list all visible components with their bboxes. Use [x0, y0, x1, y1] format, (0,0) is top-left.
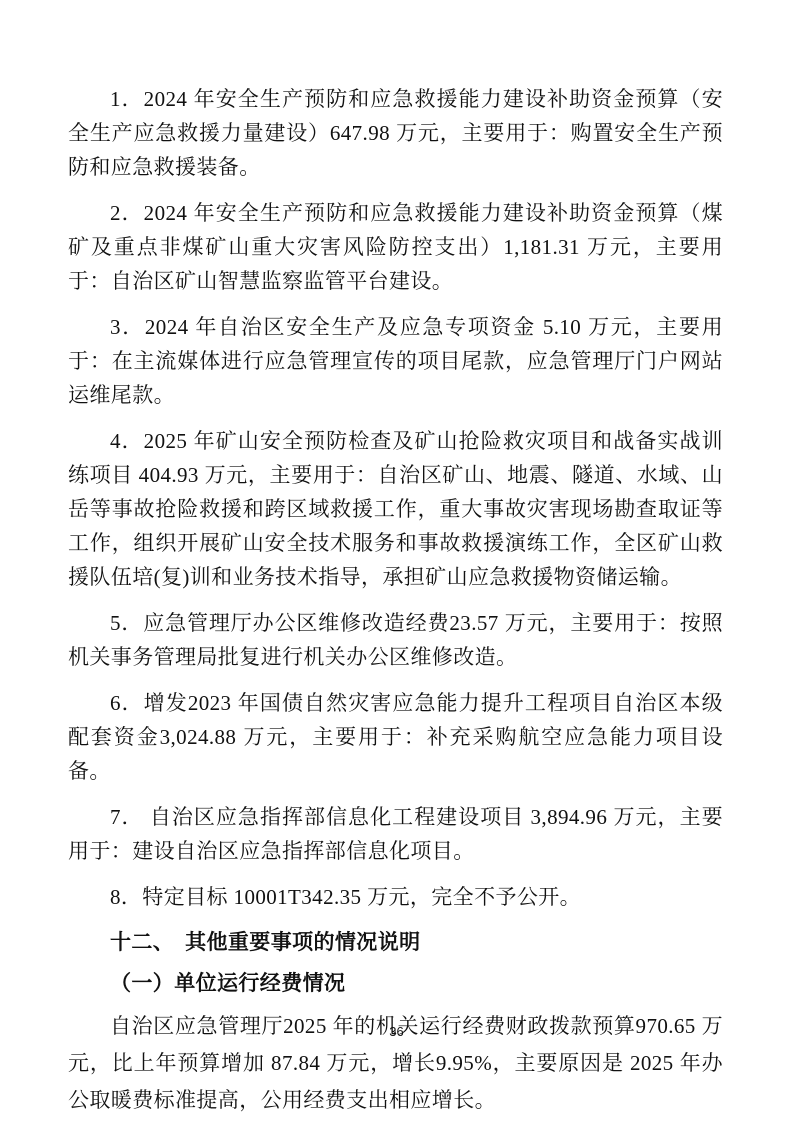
- paragraph-item-2: 2．2024 年安全生产预防和应急救援能力建设补助资金预算（煤矿及重点非煤矿山重…: [68, 196, 723, 298]
- paragraph-item-3: 3．2024 年自治区安全生产及应急专项资金 5.10 万元，主要用于：在主流媒…: [68, 310, 723, 412]
- paragraph-item-1: 1．2024 年安全生产预防和应急救援能力建设补助资金预算（安全生产应急救援力量…: [68, 82, 723, 184]
- document-content: 1．2024 年安全生产预防和应急救援能力建设补助资金预算（安全生产应急救援力量…: [68, 82, 723, 1119]
- subsection-heading-1: （一）单位运行经费情况: [68, 966, 723, 1000]
- paragraph-item-8: 8．特定目标 10001T342.35 万元，完全不予公开。: [68, 880, 723, 914]
- paragraph-item-5: 5．应急管理厅办公区维修改造经费23.57 万元，主要用于：按照机关事务管理局批…: [68, 606, 723, 674]
- section-heading-12: 十二、 其他重要事项的情况说明: [68, 926, 723, 960]
- paragraph-item-6: 6．增发2023 年国债自然灾害应急能力提升工程项目自治区本级配套资金3,024…: [68, 686, 723, 788]
- paragraph-item-7: 7． 自治区应急指挥部信息化工程建设项目 3,894.96 万元，主要用于：建设…: [68, 800, 723, 868]
- document-page: 1．2024 年安全生产预防和应急救援能力建设补助资金预算（安全生产应急救援力量…: [0, 0, 793, 1122]
- page-number: 36: [0, 1024, 793, 1039]
- paragraph-item-4: 4．2025 年矿山安全预防检查及矿山抢险救灾项目和战备实战训练项目 404.9…: [68, 424, 723, 594]
